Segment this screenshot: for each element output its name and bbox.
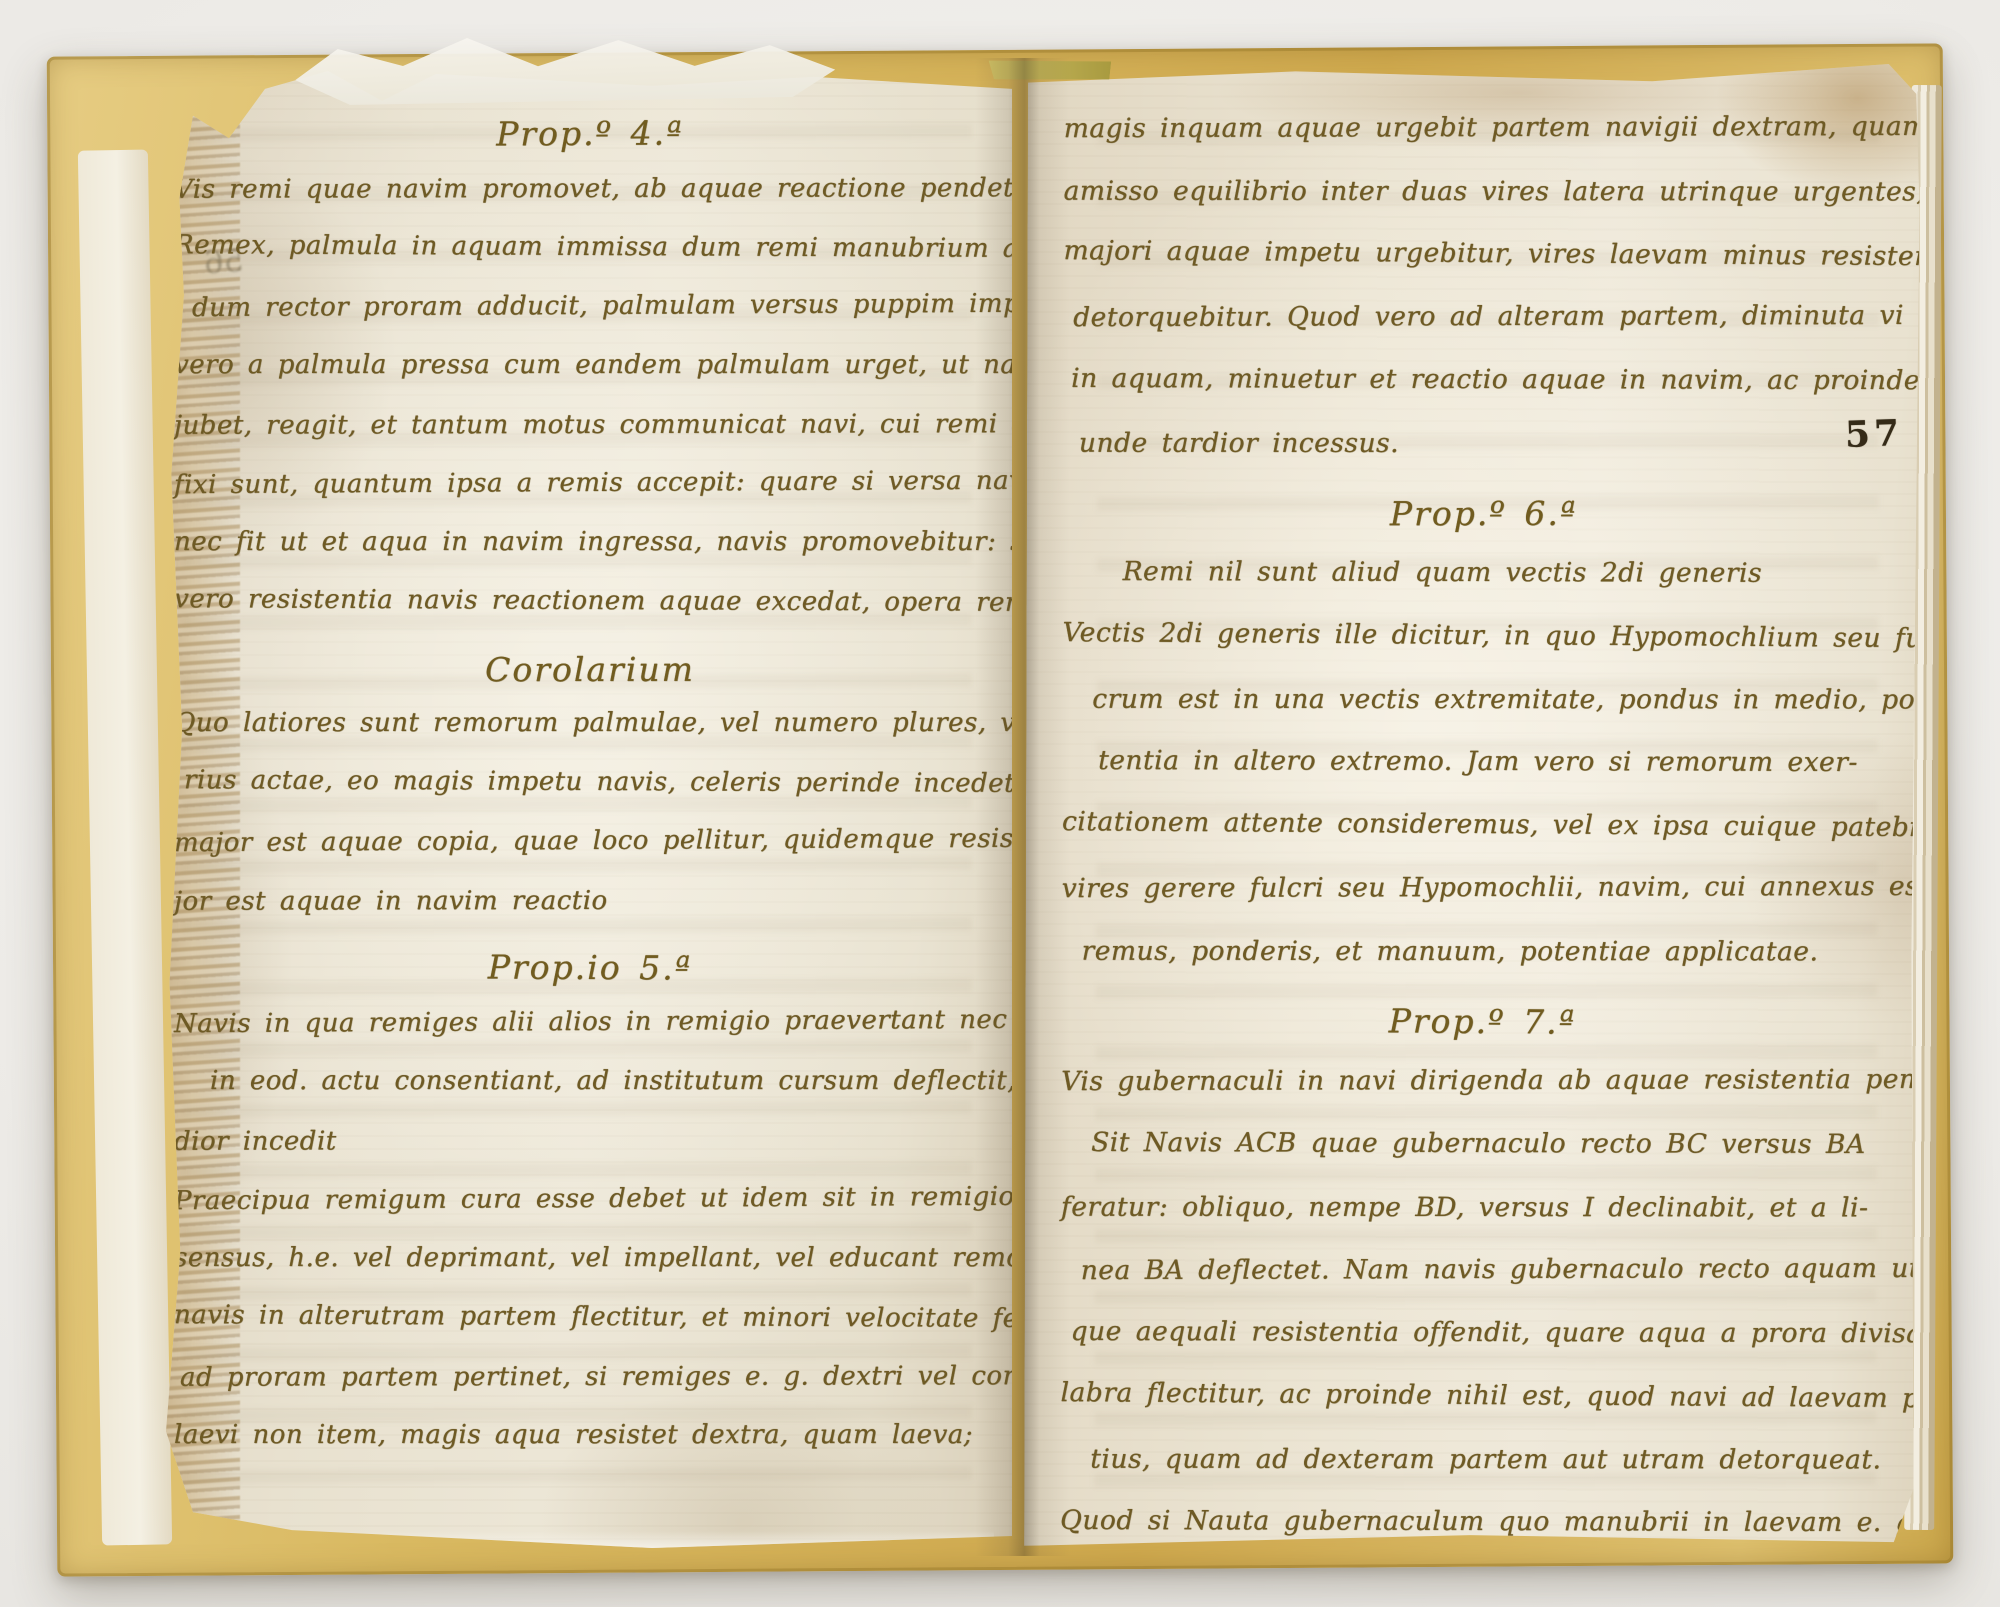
manuscript-line: majori aquae impetu urgebitur, vires lae…: [1063, 235, 1905, 304]
manuscript-line: in eod. actu consentiant, ad institutum …: [174, 1066, 1006, 1125]
manuscript-line: unde tardior incessus.: [1063, 428, 1905, 492]
manuscript-line: Sit Navis ACB quae gubernaculo recto BC …: [1061, 1127, 1903, 1192]
photo-backdrop: 56 Prop.º 4.ªVis remi quae navim promove…: [0, 0, 2000, 1607]
section-heading: Prop.º 4.ª: [174, 108, 1006, 175]
torn-paper-flap: [294, 21, 836, 110]
manuscript-line: crum est in una vectis extremitate, pond…: [1062, 684, 1904, 748]
manuscript-line: nea BA deflectet. Nam navis gubernaculo …: [1061, 1253, 1903, 1318]
manuscript-line: fixi sunt, quantum ipsa a remis accepit:…: [174, 466, 1006, 529]
manuscript-line: jor est aquae in navim reactio: [174, 885, 1006, 945]
manuscript-line: magis inquam aquae urgebit partem navigi…: [1064, 111, 1906, 176]
manuscript-line: feratur: obliquo, nempe BD, versus I dec…: [1061, 1192, 1903, 1256]
manuscript-line: Quo latiores sunt remorum palmulae, vel …: [174, 708, 1006, 767]
manuscript-line: que aequali resistentia offendit, quare …: [1060, 1316, 1902, 1381]
right-page: 57 magis inquam aquae urgebit partem nav…: [1024, 59, 1920, 1548]
manuscript-line: Vectis 2di generis ille dicitur, in quo …: [1062, 617, 1904, 686]
manuscript-line: vero a palmula pressa cum eandem palmula…: [174, 350, 1006, 409]
manuscript-line: Praecipua remigum cura esse debet ut ide…: [174, 1182, 1006, 1245]
manuscript-line: Navis in qua remiges alii alios in remig…: [174, 1005, 1006, 1068]
manuscript-line: citationem attente consideremus, vel ex …: [1062, 806, 1904, 875]
manuscript-line: tentia in altero extremo. Jam vero si re…: [1062, 745, 1904, 810]
section-heading: Prop.º 6.ª: [1063, 489, 1905, 558]
section-heading: Prop.º 7.ª: [1061, 995, 1903, 1068]
manuscript-line: vires gerere fulcri seu Hypomochlii, nav…: [1062, 871, 1904, 936]
manuscript-line: Remex, palmula in aquam immissa dum remi…: [174, 230, 1006, 293]
left-page-text: Prop.º 4.ªVis remi quae navim promovet, …: [174, 110, 1006, 1479]
manuscript-line: ad proram partem pertinet, si remiges e.…: [174, 1361, 1006, 1421]
manuscript-line: dum rector proram adducit, palmulam vers…: [174, 289, 1006, 352]
manuscript-line: laevi non item, magis aqua resistet dext…: [174, 1420, 1006, 1479]
manuscript-line: remus, ponderis, et manuum, potentiae ap…: [1062, 936, 1904, 1000]
manuscript-line: labra flectitur, ac proinde nihil est, q…: [1060, 1377, 1902, 1446]
section-heading: Prop.io 5.ª: [174, 942, 1006, 1009]
manuscript-line: Vis remi quae navim promovet, ab aquae r…: [174, 173, 1006, 233]
manuscript-line: tius, quam ad dexteram partem aut utram …: [1060, 1444, 1902, 1508]
manuscript-line: detorquebitur. Quod vero ad alteram part…: [1063, 300, 1905, 365]
section-heading: Corolarium: [174, 645, 1006, 709]
manuscript-line: Remi nil sunt aliud quam vectis 2di gene…: [1062, 556, 1904, 621]
manuscript-line: Vis gubernaculi in navi dirigenda ab aqu…: [1061, 1064, 1903, 1129]
manuscript-line: major est aquae copia, quae loco pellitu…: [174, 824, 1006, 887]
manuscript-line: in aquam, minuetur et reactio aquae in n…: [1063, 363, 1905, 428]
manuscript-line: dior incedit: [174, 1125, 1006, 1185]
manuscript-line: nec fit ut et aqua in navim ingressa, na…: [174, 527, 1006, 586]
page-number: 57: [1844, 412, 1903, 456]
manuscript-line: rius actae, eo magis impetu navis, celer…: [174, 765, 1006, 828]
right-page-text: magis inquam aquae urgebit partem navigi…: [1060, 111, 1906, 1570]
left-page: 56 Prop.º 4.ªVis remi quae navim promove…: [112, 56, 1012, 1551]
manuscript-line: amisso equilibrio inter duas vires later…: [1064, 176, 1906, 240]
manuscript-line: jubet, reagit, et tantum motus communica…: [174, 409, 1006, 469]
manuscript-line: vero resistentia navis reactionem aquae …: [174, 584, 1006, 647]
manuscript-line: navis in alterutram partem flectitur, et…: [174, 1300, 1006, 1363]
manuscript-line: sensus, h.e. vel deprimant, vel impellan…: [174, 1243, 1006, 1302]
